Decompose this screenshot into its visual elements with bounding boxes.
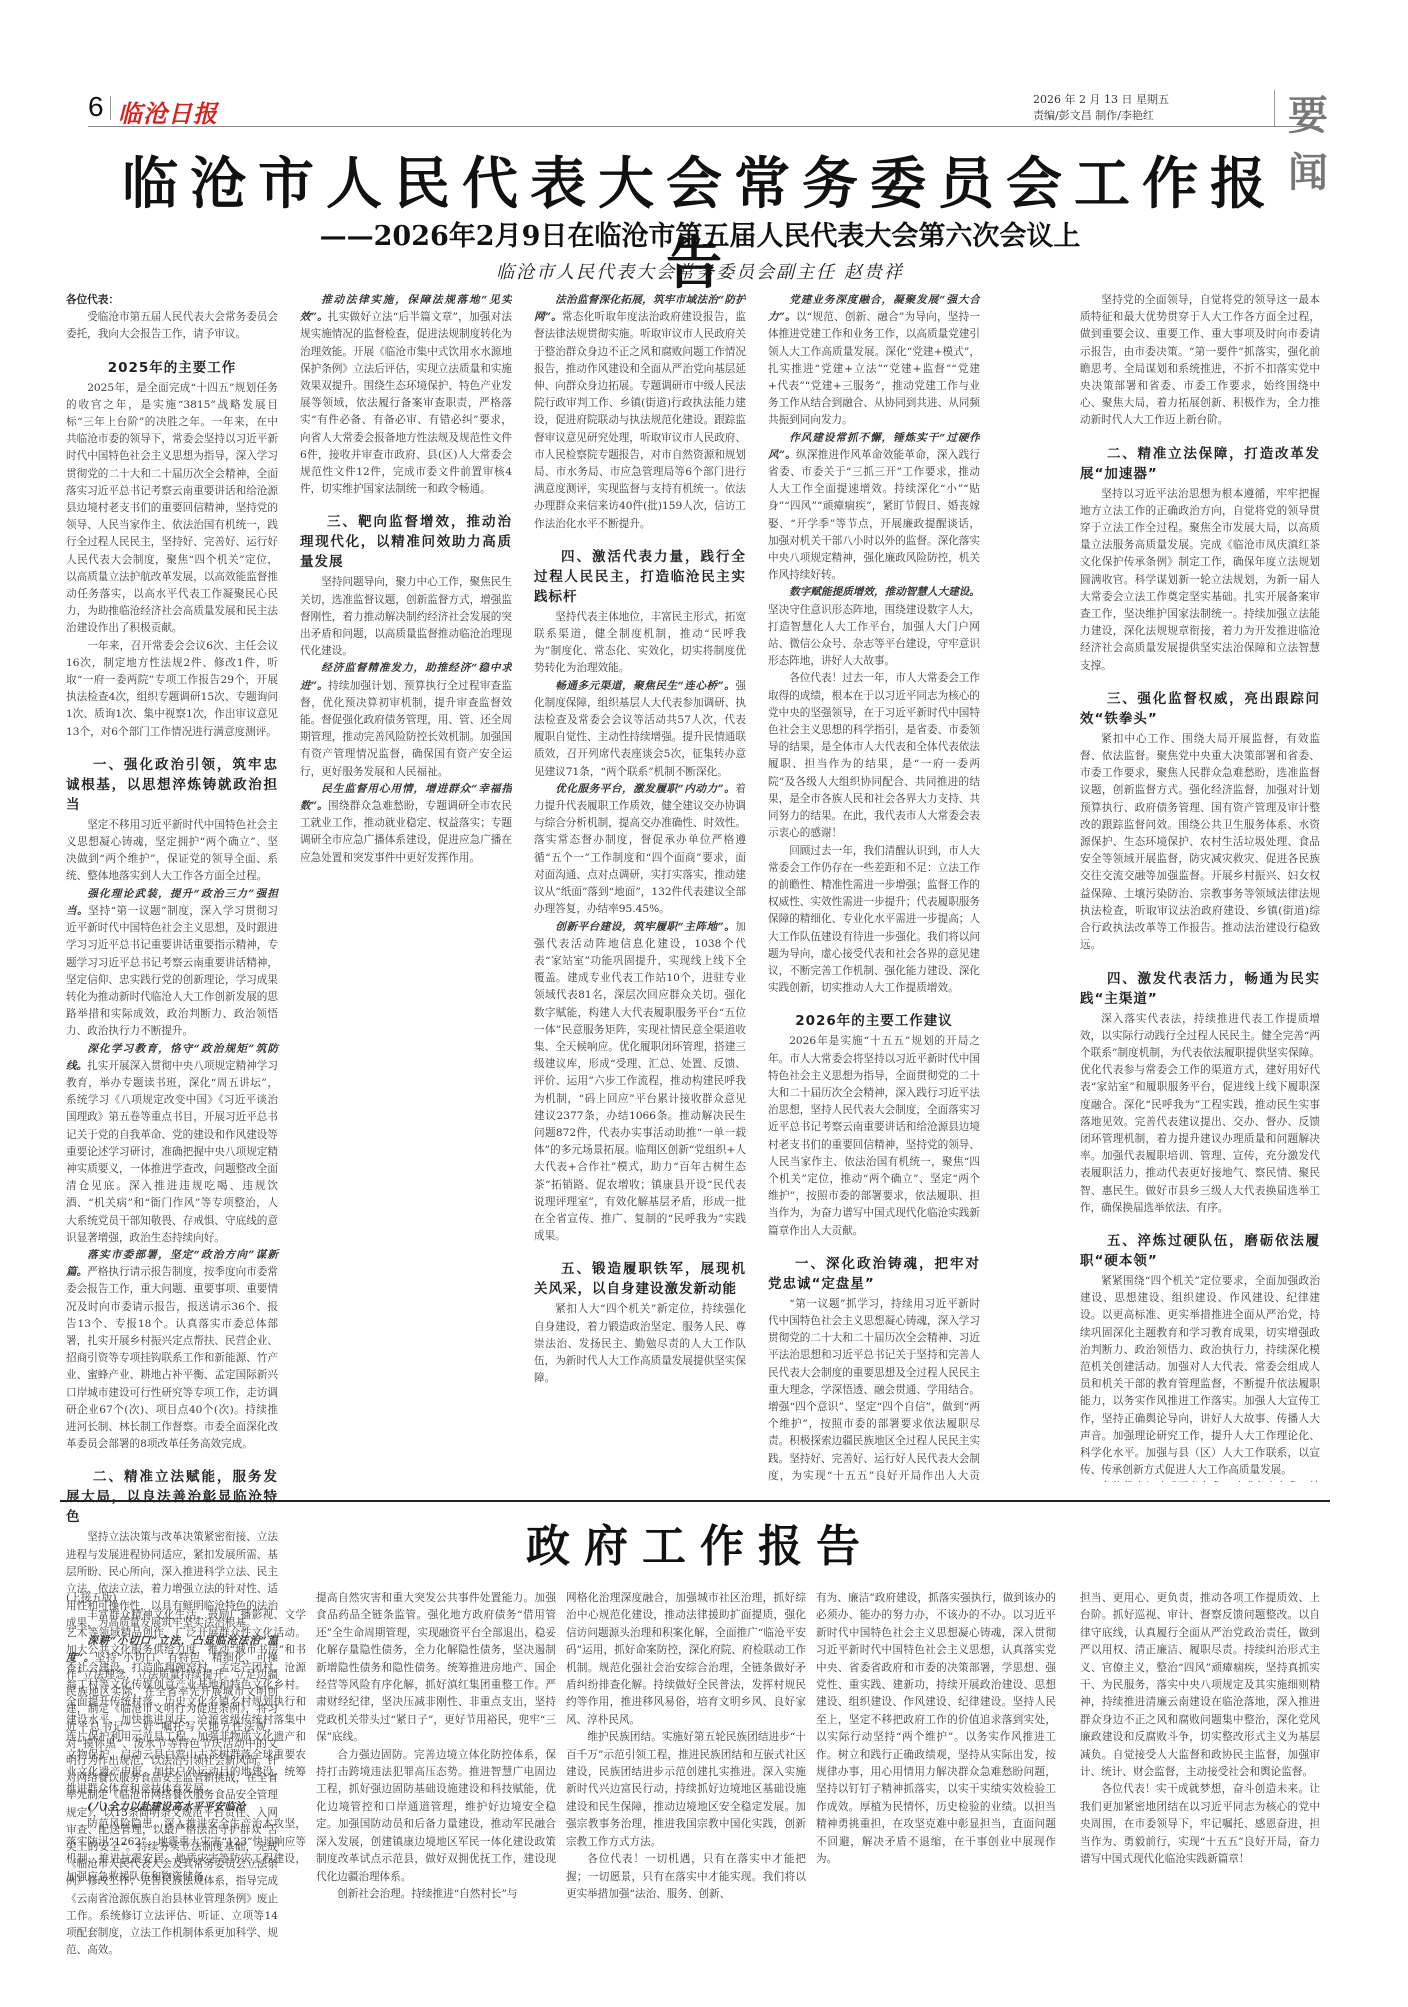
paragraph: 各位代表！功成不必在我，功成必定有我。站在临沧发展的关键节点，让我们更加紧密地团… [1080, 1479, 1320, 1482]
continued-label: (上接五版) [66, 1590, 306, 1607]
paragraph: 坚持党的全面领导，自觉将党的领导这一最本质特征和最大优势贯穿于人大工作各方面全过… [1080, 292, 1320, 430]
paragraph: 坚持代表主体地位，丰富民主形式，拓宽联系渠道，健全制度机制，推动“民呼我为”制度… [534, 609, 746, 678]
article-column-4: 党建业务深度融合，凝聚发展“强大合力”。以“规范、创新、融合”为导向，坚持一体推… [768, 292, 980, 1482]
intro-paragraph: 受临沧市第五届人民代表大会常务委员会委托，我向大会报告工作，请予审议。 [66, 309, 278, 343]
paragraph: 丰富群众精神文化生活。鼓励广播影视、文学艺术等领域精品创作，广泛开展群众性文化活… [66, 1607, 306, 1798]
section-heading: 2026年的主要工作建议 [768, 1011, 980, 1031]
paragraph: 2025年，是全面完成“十四五”规划任务的收官之年，是实施“3815”战略发展目… [66, 380, 278, 638]
lead-in: 畅通多元渠道，聚焦民生“连心桥”。 [555, 680, 735, 692]
paragraph: 畅通多元渠道，聚焦民生“连心桥”。强化制度保障，组织基层人大代表参加调研、执法检… [534, 678, 746, 781]
paragraph: 坚持问题导向，聚力中心工作，聚焦民生关切，选准监督议题，创新监督方式，增强监督刚… [300, 574, 512, 660]
greeting: 各位代表： [66, 292, 278, 309]
paragraph: 紧紧围绕“四个机关”定位要求，全面加强政治建设、思想建设、组织建设、作风建设、纪… [1080, 1273, 1320, 1479]
article-column-5: 坚持党的全面领导，自觉将党的领导这一最本质特征和最大优势贯穿于人大工作各方面全过… [1080, 292, 1320, 1482]
paragraph: 提高自然灾害和重大突发公共事件处置能力。加强食品药品全链条监管。强化地方政府债务… [316, 1590, 556, 1747]
section-heading: 四、激发代表活力，畅通为民实践“主渠道” [1080, 969, 1320, 1009]
gov-column-1: (上接五版) 丰富群众精神文化生活。鼓励广播影视、文学艺术等领域精品创作，广泛开… [66, 1590, 306, 1886]
paragraph: 数字赋能提质增效，推动智慧人大建设。坚决守住意识形态阵地，围绕建设数字人大，打造… [768, 584, 980, 670]
article-column-2: 推动法律实施，保障法规落地“见实效”。扎实做好立法“后半篇文章”，加强对法规实施… [300, 292, 512, 1482]
masthead: 6 临沧日报 2026 年 2 月 13 日 星期五 责编/彭文昌 制作/李艳红… [88, 92, 1320, 122]
paragraph: 2026年是实施“十五五”规划的开局之年。市人大常委会将坚持以习近平新时代中国特… [768, 1033, 980, 1239]
gov-column-4: 有为、廉洁”政府建设，抓落实强执行，做到该办的必须办、能办的努力办，不该办的不办… [816, 1590, 1056, 1869]
paragraph: 一年来，召开常委会会议6次、主任会议16次，制定地方性法规2件、修改1件，听取“… [66, 638, 278, 741]
paragraph: 各位代表！实干成就梦想，奋斗创造未来。让我们更加紧密地团结在以习近平同志为核心的… [1080, 1781, 1320, 1868]
paragraph: 回顾过去一年，我们清醒认识到，市人大常委会工作仍存在一些差距和不足：立法工作的前… [768, 843, 980, 998]
paragraph: 创新社会治理。持续推进“自然村长”与 [316, 1886, 556, 1903]
paragraph: 网格化治理深度融合，加强城市社区治理，抓好综治中心规范化建设，推动法律援助扩面提… [566, 1590, 806, 1729]
section-heading: 一、深化政治铸魂，把牢对党忠诚“定盘星” [768, 1254, 980, 1294]
paragraph: 推动法律实施，保障法规落地“见实效”。扎实做好立法“后半篇文章”，加强对法规实施… [300, 292, 512, 498]
paragraph: “第一议题”抓学习，持续用习近平新时代中国特色社会主义思想凝心铸魂，深入学习贯彻… [768, 1296, 980, 1482]
paragraph: 优化服务平台，激发履职“内动力”。着力提升代表履职工作质效，健全建议交办协调与综… [534, 781, 746, 919]
divider [1274, 90, 1275, 126]
section-heading: 三、强化监督权威，亮出跟踪问效“铁拳头” [1080, 689, 1320, 729]
paragraph: 落实市委部署，坚定“政治方向”谋新篇。严格执行请示报告制度，按季度向市委常委会报… [66, 1247, 278, 1453]
paragraph: 紧扣人大“四个机关”新定位，持续强化自身建设，着力锻造政治坚定、服务人民、尊崇法… [534, 1301, 746, 1387]
paragraph: 担当、更用心、更负责，推动各项工作提质效、上台阶。抓好巡视、审计、督察反馈问题整… [1080, 1590, 1320, 1781]
section-heading: 五、锻造履职铁军，展现机关风采，以自身建设激发新动能 [534, 1259, 746, 1299]
lead-in: 优化服务平台，激发履职“内动力”。 [555, 783, 735, 795]
paragraph: 创新平台建设，筑牢履职“主阵地”。加强代表活动阵地信息化建设，1038个代表“家… [534, 919, 746, 1246]
paragraph: 作风建设常抓不懈，锤炼实干“过硬作风”。纵深推进作风革命效能革命，深入践行省委、… [768, 430, 980, 585]
paragraph: 经济监督精准发力，助推经济“稳中求进”。持续加强计划、预算执行全过程审查监督，优… [300, 660, 512, 780]
paragraph: 坚定不移用习近平新时代中国特色社会主义思想凝心铸魂，坚定拥护“两个确立”、坚决做… [66, 817, 278, 886]
section-heading: 五、淬炼过硬队伍，磨砺依法履职“硬本领” [1080, 1231, 1320, 1271]
paragraph: 紧扣中心工作、围绕大局开展监督，有效监督、依法监督。聚焦党中央重大决策部署和省委… [1080, 731, 1320, 955]
paragraph: 坚持以习近平法治思想为根本遵循，牢牢把握地方立法工作的正确政治方向，自觉将党的领… [1080, 486, 1320, 675]
paper-logo: 临沧日报 [118, 94, 218, 129]
article-divider [60, 1500, 1330, 1502]
paragraph: 强化理论武装，提升“政治三力”强担当。坚持“第一议题”制度，深入学习贯彻习近平新… [66, 886, 278, 1041]
section-heading: 2025年的主要工作 [66, 358, 278, 378]
header-rule [88, 126, 1320, 127]
paragraph: 法治监督深化拓展，筑牢市域法治“防护网”。常态化听取年度法治政府建设报告，监督法… [534, 292, 746, 533]
lead-in: 创新平台建设，筑牢履职“主阵地”。 [555, 921, 735, 933]
paragraph: 合力强边固防。完善边境立体化防控体系，保持打击跨境违法犯罪高压态势。推进智慧广电… [316, 1747, 556, 1886]
page-number: 6 [88, 92, 104, 122]
paragraph: 维护民族团结。实施好第五轮民族团结进步“十百千万”示范引领工程，推进民族团结和互… [566, 1729, 806, 1851]
paragraph: 党建业务深度融合，凝聚发展“强大合力”。以“规范、创新、融合”为导向，坚持一体推… [768, 292, 980, 430]
gov-column-3: 网格化治理深度融合，加强城市社区治理，抓好综治中心规范化建设，推动法律援助扩面提… [566, 1590, 806, 1903]
paragraph: 各位代表！一切机遇，只有在落实中才能把握；一切愿景，只有在落实中才能实现。我们将… [566, 1851, 806, 1903]
paragraph: 防范风险隐患。深入推进安全生产治本攻坚，落实防汛“1262”、地震重大灾害“12… [66, 1816, 306, 1886]
divider [110, 96, 111, 120]
paragraph: 各位代表！过去一年，市人大常委会工作取得的成绩，根本在于以习近平同志为核心的党中… [768, 670, 980, 842]
paragraph: 民生监督用心用情，增进群众“幸福指数”。围绕群众急难愁盼，专题调研全市农民工就业… [300, 781, 512, 867]
article-byline: 临沧市人民代表大会常务委员会副主任 赵贵祥 [100, 258, 1300, 284]
paragraph: 有为、廉洁”政府建设，抓落实强执行，做到该办的必须办、能办的努力办，不该办的不办… [816, 1590, 1056, 1869]
gov-column-5: 担当、更用心、更负责，推动各项工作提质效、上台阶。抓好巡视、审计、督察反馈问题整… [1080, 1590, 1320, 1869]
section-heading: 三、靶向监督增效，推动治理现代化，以精准问效助力高质量发展 [300, 512, 512, 572]
article-column-3: 法治监督深化拓展，筑牢市域法治“防护网”。常态化听取年度法治政府建设报告，监督法… [534, 292, 746, 1482]
lead-in: 数字赋能提质增效，推动智慧人大建设。 [789, 586, 980, 598]
paragraph: 深入落实代表法，持续推进代表工作提质增效，以实际行动践行全过程人民民主。健全完善… [1080, 1011, 1320, 1217]
paragraph: 深化学习教育，恪守“政治规矩”筑防线。扎实开展深入贯彻中央八项规定精神学习教育，… [66, 1041, 278, 1247]
subheading: (八)全力以赴建设高水平平安临沧 [66, 1799, 306, 1816]
section-heading: 一、强化政治引领，筑牢忠诚根基，以思想淬炼铸就政治担当 [66, 755, 278, 815]
gov-report-title: 政府工作报告 [100, 1510, 1300, 1574]
article-subtitle: ——2026年2月9日在临沧市第五届人民代表大会第六次会议上 [100, 214, 1300, 253]
gov-column-2: 提高自然灾害和重大突发公共事件处置能力。加强食品药品全链条监管。强化地方政府债务… [316, 1590, 556, 1903]
section-heading: 二、精准立法保障，打造改革发展“加速器” [1080, 444, 1320, 484]
section-heading: 四、激活代表力量，践行全过程人民民主，打造临沧民主实践标杆 [534, 547, 746, 607]
